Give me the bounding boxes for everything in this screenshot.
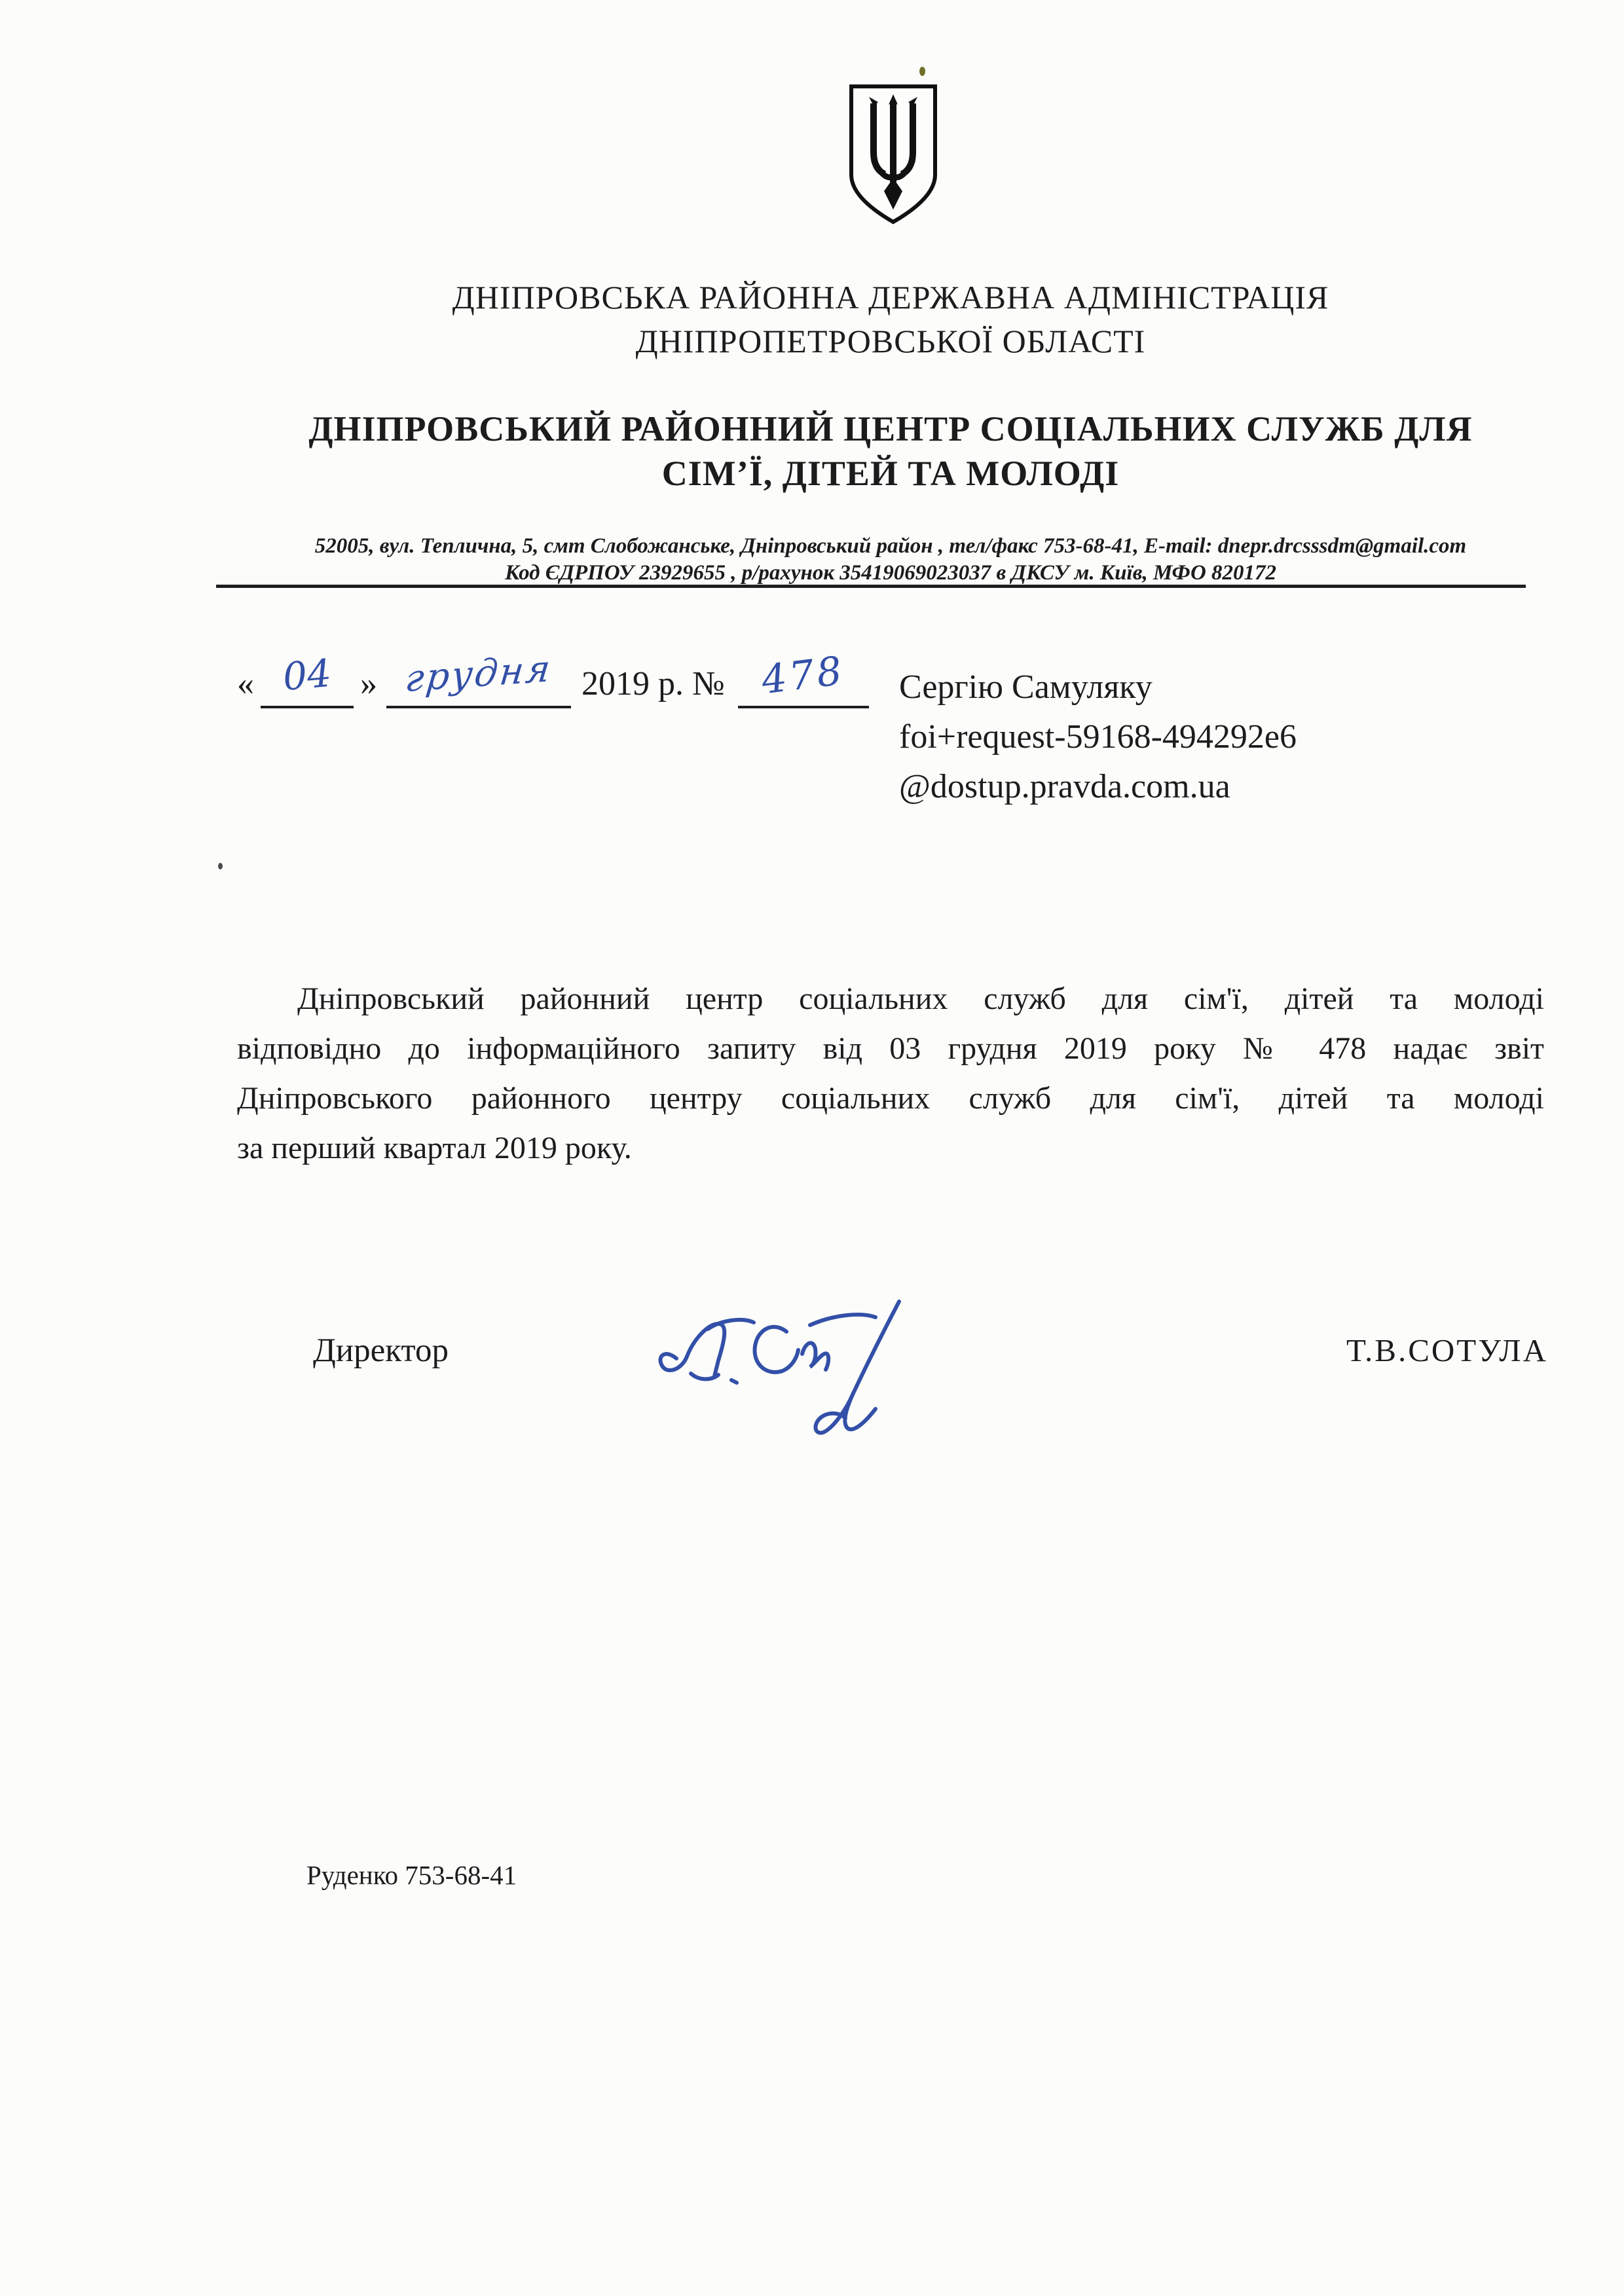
ukraine-trident-emblem-icon <box>845 82 941 227</box>
date-day-blank: 04 <box>261 656 354 708</box>
date-month-blank: грудня <box>386 656 571 708</box>
recipient-name: Сергію Самуляку <box>899 663 1297 712</box>
close-quote: » <box>360 665 377 708</box>
scanned-letter-page: ДНІПРОВСЬКА РАЙОННА ДЕРЖАВНА АДМІНІСТРАЦ… <box>0 0 1624 2296</box>
signer-name: Т.В.СОТУЛА <box>1346 1332 1548 1369</box>
recipient-email-line1: foi+request-59168-494292e6 <box>899 712 1297 762</box>
body-line: за перший квартал 2019 року. <box>237 1123 1544 1173</box>
scan-speck <box>919 67 925 76</box>
handwritten-day: 04 <box>282 654 333 696</box>
contact-address-line2: Код ЄДРПОУ 23929655 , р/рахунок 35419069… <box>157 561 1624 585</box>
recipient-email-line2: @dostup.pravda.com.ua <box>899 762 1297 812</box>
letterhead-divider <box>216 585 1526 588</box>
organization-name-line2: СІМ’Ї, ДІТЕЙ ТА МОЛОДІ <box>157 453 1624 494</box>
body-line: Дніпровський районний центр соціальних с… <box>237 974 1544 1024</box>
handwritten-signature-icon <box>645 1283 920 1545</box>
recipient-block: Сергію Самуляку foi+request-59168-494292… <box>899 663 1297 812</box>
authority-name-line2: ДНІПРОПЕТРОВСЬКОЇ ОБЛАСТІ <box>157 322 1624 360</box>
executor-contact: Руденко 753-68-41 <box>306 1859 517 1891</box>
body-line: Дніпровського районного центру соціальни… <box>237 1074 1544 1123</box>
body-paragraph: Дніпровський районний центр соціальних с… <box>237 974 1544 1173</box>
authority-name-line1: ДНІПРОВСЬКА РАЙОННА ДЕРЖАВНА АДМІНІСТРАЦ… <box>157 278 1624 316</box>
organization-name-line1: ДНІПРОВСЬКИЙ РАЙОННИЙ ЦЕНТР СОЦІАЛЬНИХ С… <box>157 409 1624 449</box>
body-line: відповідно до інформаційного запиту від … <box>237 1024 1544 1074</box>
outgoing-number-blank: 478 <box>738 656 869 708</box>
handwritten-number: 478 <box>760 651 847 701</box>
open-quote: « <box>237 665 254 708</box>
reference-date-line: « 04 » грудня 2019 р. № 478 <box>237 656 869 708</box>
year-and-number-label: 2019 р. № <box>581 665 725 708</box>
scan-speck <box>218 863 223 869</box>
handwritten-month: грудня <box>403 651 553 698</box>
signer-title: Директор <box>313 1332 449 1370</box>
contact-address-line1: 52005, вул. Теплична, 5, смт Слобожанськ… <box>157 534 1624 558</box>
